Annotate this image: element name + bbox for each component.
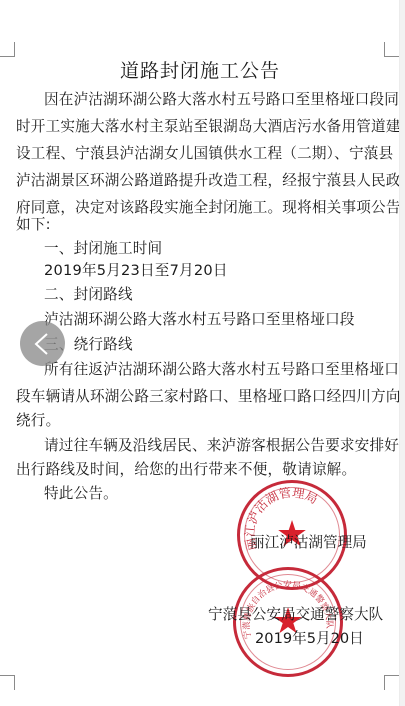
page-corner-mark-top-left [0,42,15,57]
closure-date-range: 2019年5月23日至7月20日 [44,259,228,280]
paragraph-line: 时开工实施大落水村主泵站至银湖岛大酒店污水备用管道建 [16,115,401,136]
signature-issuer-lugu-lake-bureau: 丽江泸沽湖管理局 [250,531,367,552]
paragraph-line: 设工程、宁蒗县泸沽湖女儿国镇供水工程（二期）、宁蒗县 [16,142,393,163]
page-corner-mark-bottom-left [0,675,15,690]
signature-issuer-traffic-police: 宁蒗县公安局交通警察大队 [208,603,383,624]
paragraph-line: 请过往车辆及沿线居民、来泸游客根据公告要求安排好 [44,434,399,455]
paragraph-line: 因在泸沽湖环湖公路大落水村五号路口至里格垭口段同 [44,88,399,109]
signature-date: 2019年5月20日 [255,627,364,648]
paragraph-line: 府同意，决定对该路段实施全封闭施工。现将相关事项公告 [16,196,401,217]
page-right-edge [399,0,405,706]
section-heading-closure-route: 二、封闭路线 [44,283,133,304]
back-button[interactable] [20,321,65,366]
closure-route-text: 泸沽湖环湖公路大落水村五号路口至里格垭口段 [44,308,355,329]
paragraph-line: 绕行。 [16,409,60,430]
section-heading-closure-time: 一、封闭施工时间 [44,237,162,258]
chevron-left-icon [32,332,52,356]
document-title: 道路封闭施工公告 [0,56,400,83]
closing-line: 特此公告。 [44,482,118,503]
paragraph-line: 泸沽湖景区环湖公路道路提升改造工程，经报宁蒗县人民政 [16,169,401,190]
paragraph-line: 出行路线及时间，给您的出行带来不便，敬请谅解。 [16,458,356,479]
paragraph-line: 如下: [16,213,51,234]
paragraph-line: 所有往返泸沽湖环湖公路大落水村五号路口至里格垭口 [44,358,399,379]
paragraph-line: 段车辆请从环湖公路三家村路口、里格垭口路口经四川方向 [16,385,401,406]
